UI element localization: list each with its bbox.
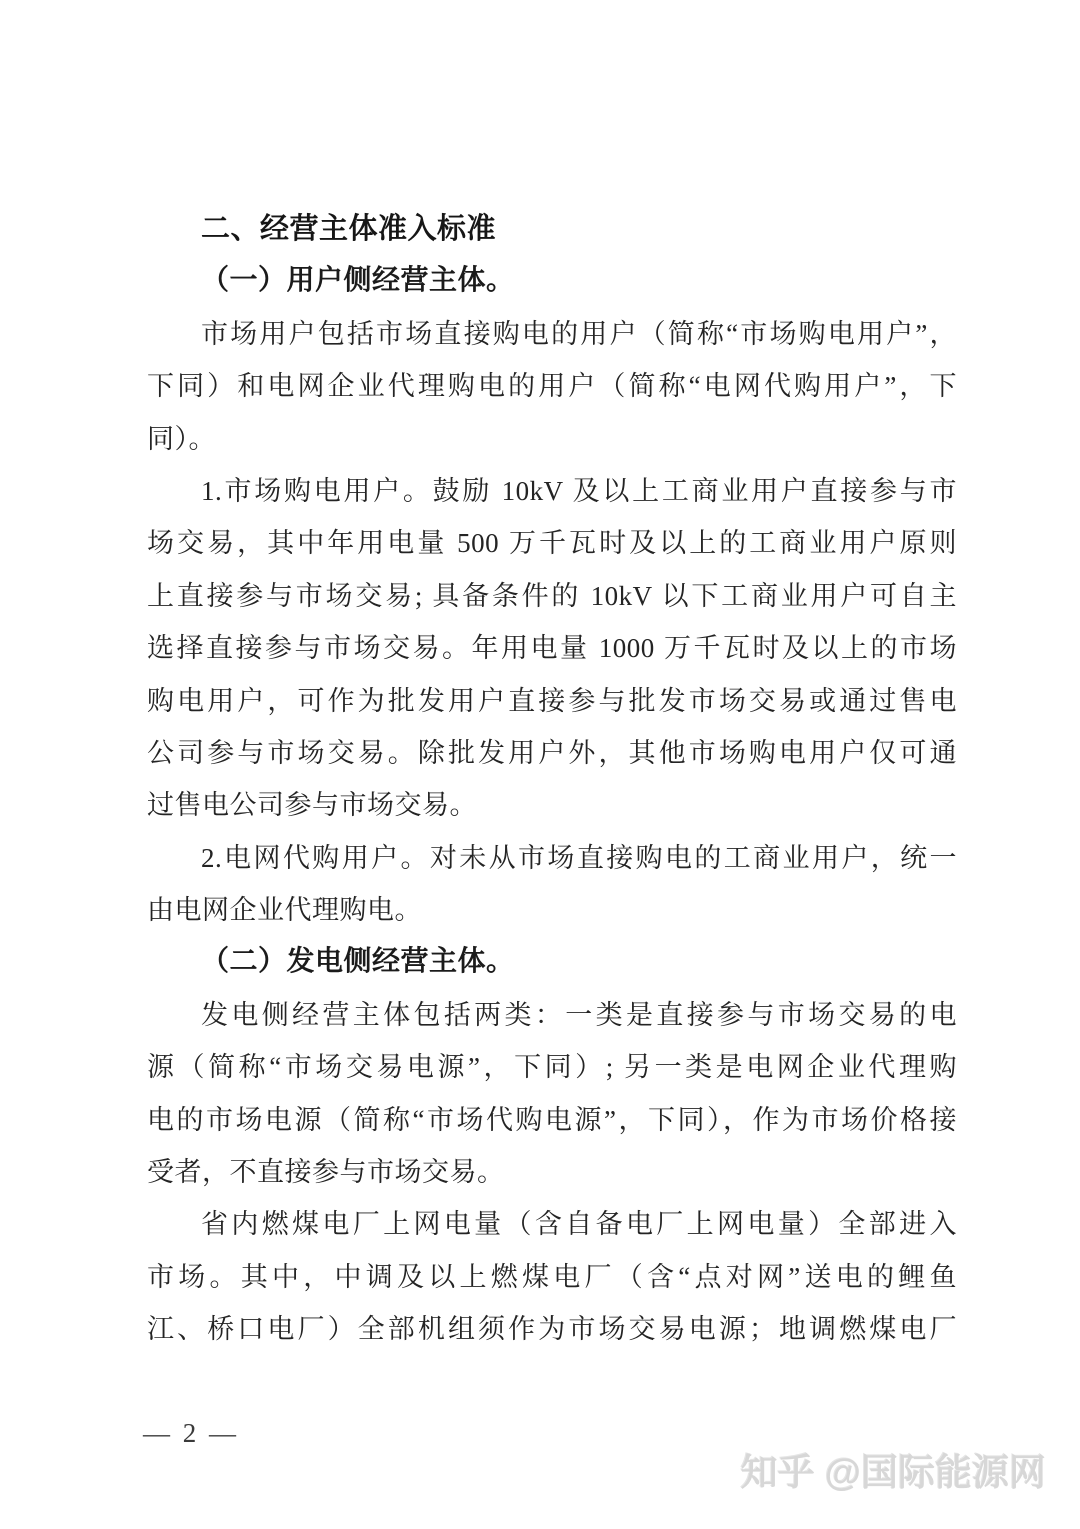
text-line: 下同）和电网企业代理购电的用户（简称“电网代购用户”，下 [147,360,957,412]
heading-line: （二）发电侧经营主体。 [147,936,957,988]
text-line: 江、桥口电厂）全部机组须作为市场交易电源；地调燃煤电厂 [147,1303,957,1355]
text-line: 源（简称“市场交易电源”，下同）; 另一类是电网企业代理购 [147,1041,957,1093]
text-line: 发电侧经营主体包括两类：一类是直接参与市场交易的电 [147,989,957,1041]
document-body: 二、经营主体准入标准（一）用户侧经营主体。市场用户包括市场直接购电的用户（简称“… [147,203,957,1356]
text-line: 电的市场电源（简称“市场代购电源”，下同），作为市场价格接 [147,1094,957,1146]
text-line: 过售电公司参与市场交易。 [147,779,957,831]
text-line: 同）。 [147,413,957,465]
document-page: 二、经营主体准入标准（一）用户侧经营主体。市场用户包括市场直接购电的用户（简称“… [0,0,1080,1529]
text-line: 受者，不直接参与市场交易。 [147,1146,957,1198]
text-line: 由电网企业代理购电。 [147,884,957,936]
text-line: 购电用户，可作为批发用户直接参与批发市场交易或通过售电 [147,675,957,727]
text-line: 市场。其中，中调及以上燃煤电厂（含“点对网”送电的鲤鱼 [147,1251,957,1303]
heading-line: （一）用户侧经营主体。 [147,255,957,307]
text-line: 公司参与市场交易。除批发用户外，其他市场购电用户仅可通 [147,727,957,779]
watermark: 知乎 @国际能源网 [741,1448,1046,1498]
text-line: 省内燃煤电厂上网电量（含自备电厂上网电量）全部进入 [147,1198,957,1250]
text-line: 场交易，其中年用电量 500 万千瓦时及以上的工商业用户原则 [147,517,957,569]
text-line: 选择直接参与市场交易。年用电量 1000 万千瓦时及以上的市场 [147,622,957,674]
heading-line: 二、经营主体准入标准 [147,203,957,255]
text-line: 2.电网代购用户。对未从市场直接购电的工商业用户，统一 [147,832,957,884]
text-line: 1.市场购电用户。鼓励 10kV 及以上工商业用户直接参与市 [147,465,957,517]
text-line: 市场用户包括市场直接购电的用户（简称“市场购电用户”， [147,308,957,360]
text-line: 上直接参与市场交易; 具备条件的 10kV 以下工商业用户可自主 [147,570,957,622]
page-number: — 2 — [143,1413,239,1453]
